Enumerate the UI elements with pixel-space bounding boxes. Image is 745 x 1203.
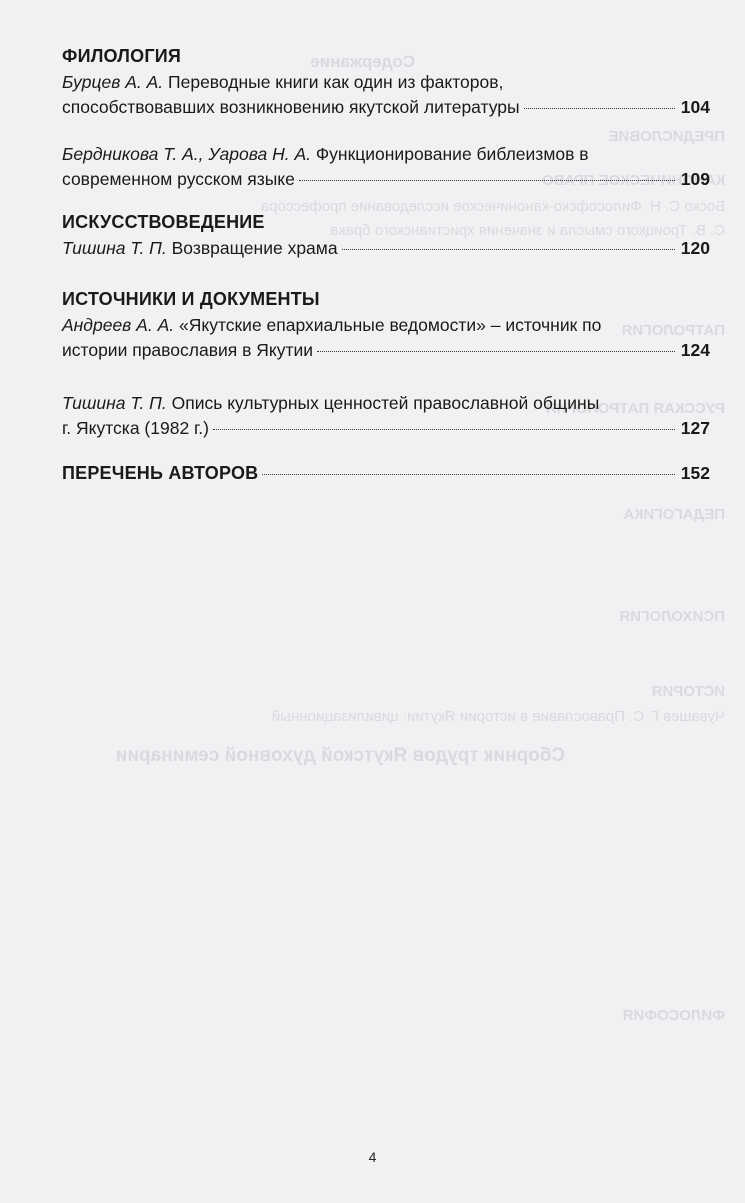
page-number: 124 — [681, 338, 710, 363]
toc-entry[interactable]: Тишина Т. П. Опись культурных ценностей … — [62, 391, 710, 441]
page-number: 152 — [681, 461, 710, 486]
toc-entry[interactable]: Андреев А. А. «Якутские епархиальные вед… — [62, 313, 710, 363]
entry-author: Бердникова Т. А., Уарова Н. А. — [62, 144, 311, 164]
entry-author: Тишина Т. П. — [62, 238, 167, 258]
toc-entry[interactable]: Тишина Т. П. Возвращение храма 120 — [62, 236, 710, 261]
toc-entry-authors-list[interactable]: ПЕРЕЧЕНЬ АВТОРОВ 152 — [62, 461, 710, 486]
toc-entry[interactable]: Бердникова Т. А., Уарова Н. А. Функциони… — [62, 142, 710, 192]
entry-author: Тишина Т. П. — [62, 393, 167, 413]
entry-title-part: способствовавших возникновению якутской … — [62, 95, 520, 120]
section-title: ИСКУССТВОВЕДЕНИЕ — [62, 210, 710, 235]
dot-leader — [342, 249, 675, 250]
entry-title-part: Переводные книги как один из факторов, — [168, 72, 503, 92]
table-of-contents: ФИЛОЛОГИЯ Бурцев А. А. Переводные книги … — [62, 44, 710, 486]
dot-leader — [299, 180, 675, 181]
page-number: 104 — [681, 95, 710, 120]
section-title: ПЕРЕЧЕНЬ АВТОРОВ — [62, 461, 258, 486]
entry-title-line: Бердникова Т. А., Уарова Н. А. Функциони… — [62, 142, 710, 167]
toc-section: ИСКУССТВОВЕДЕНИЕ Тишина Т. П. Возвращени… — [62, 210, 710, 261]
entry-title-line: Тишина Т. П. Опись культурных ценностей … — [62, 391, 710, 416]
document-page: Содержание ПРЕДИСЛОВИЕ КАНОНИЧЕСКОЕ ПРАВ… — [0, 0, 745, 1203]
entry-title-part: Возвращение храма — [172, 238, 338, 258]
toc-section: ФИЛОЛОГИЯ Бурцев А. А. Переводные книги … — [62, 44, 710, 192]
page-number: 127 — [681, 416, 710, 441]
page-number: 120 — [681, 236, 710, 261]
entry-title-part: Функционирование библеизмов в — [316, 144, 589, 164]
toc-entry[interactable]: Бурцев А. А. Переводные книги как один и… — [62, 70, 710, 120]
section-title: ИСТОЧНИКИ И ДОКУМЕНТЫ — [62, 287, 710, 312]
entry-title-part: современном русском языке — [62, 167, 295, 192]
entry-title-line: Андреев А. А. «Якутские епархиальные вед… — [62, 313, 710, 338]
entry-author: Бурцев А. А. — [62, 72, 163, 92]
entry-author: Андреев А. А. — [62, 315, 174, 335]
dot-leader — [317, 351, 675, 352]
dot-leader — [524, 108, 675, 109]
section-title: ФИЛОЛОГИЯ — [62, 44, 710, 69]
page-number: 109 — [681, 167, 710, 192]
entry-title-part: «Якутские епархиальные ведомости» – исто… — [179, 315, 601, 335]
dot-leader — [213, 429, 675, 430]
entry-title-line: способствовавших возникновению якутской … — [62, 95, 710, 120]
entry-title-line: г. Якутска (1982 г.) 127 — [62, 416, 710, 441]
dot-leader — [262, 474, 674, 475]
page-footer-number: 4 — [0, 1149, 745, 1165]
entry-title-part: г. Якутска (1982 г.) — [62, 416, 209, 441]
entry-title-part: истории православия в Якутии — [62, 338, 313, 363]
entry-title-part: Опись культурных ценностей православной … — [172, 393, 600, 413]
entry-title-line: современном русском языке 109 — [62, 167, 710, 192]
toc-section: ИСТОЧНИКИ И ДОКУМЕНТЫ Андреев А. А. «Яку… — [62, 287, 710, 441]
entry-title-line: истории православия в Якутии 124 — [62, 338, 710, 363]
entry-title-line: Бурцев А. А. Переводные книги как один и… — [62, 70, 710, 95]
entry-title-line: Тишина Т. П. Возвращение храма 120 — [62, 236, 710, 261]
